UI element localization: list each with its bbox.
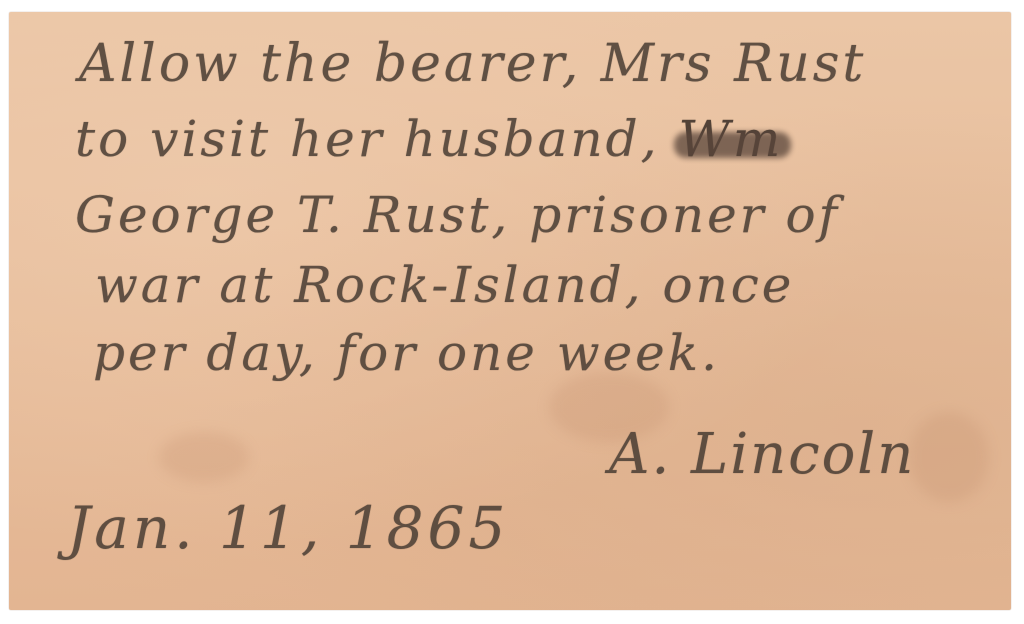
text-line-1: Allow the bearer, Mrs Rust [79, 34, 866, 94]
text-line-5: per day, for one week. [93, 324, 720, 382]
text-line-3: George T. Rust, prisoner of [75, 186, 840, 244]
lincoln-pass-card: Allow the bearer, Mrs Rust to visit her … [9, 12, 1011, 610]
text-line-2-main: to visit her husband, [75, 110, 660, 168]
date: Jan. 11, 1865 [67, 494, 509, 562]
paper-stain [909, 412, 989, 502]
text-line-4: war at Rock-Island, once [95, 256, 794, 314]
text-line-2: to visit her husband, Wm [75, 110, 783, 168]
signature: A. Lincoln [609, 422, 915, 487]
paper-stain [159, 432, 249, 482]
struck-out-word: Wm [678, 110, 783, 168]
